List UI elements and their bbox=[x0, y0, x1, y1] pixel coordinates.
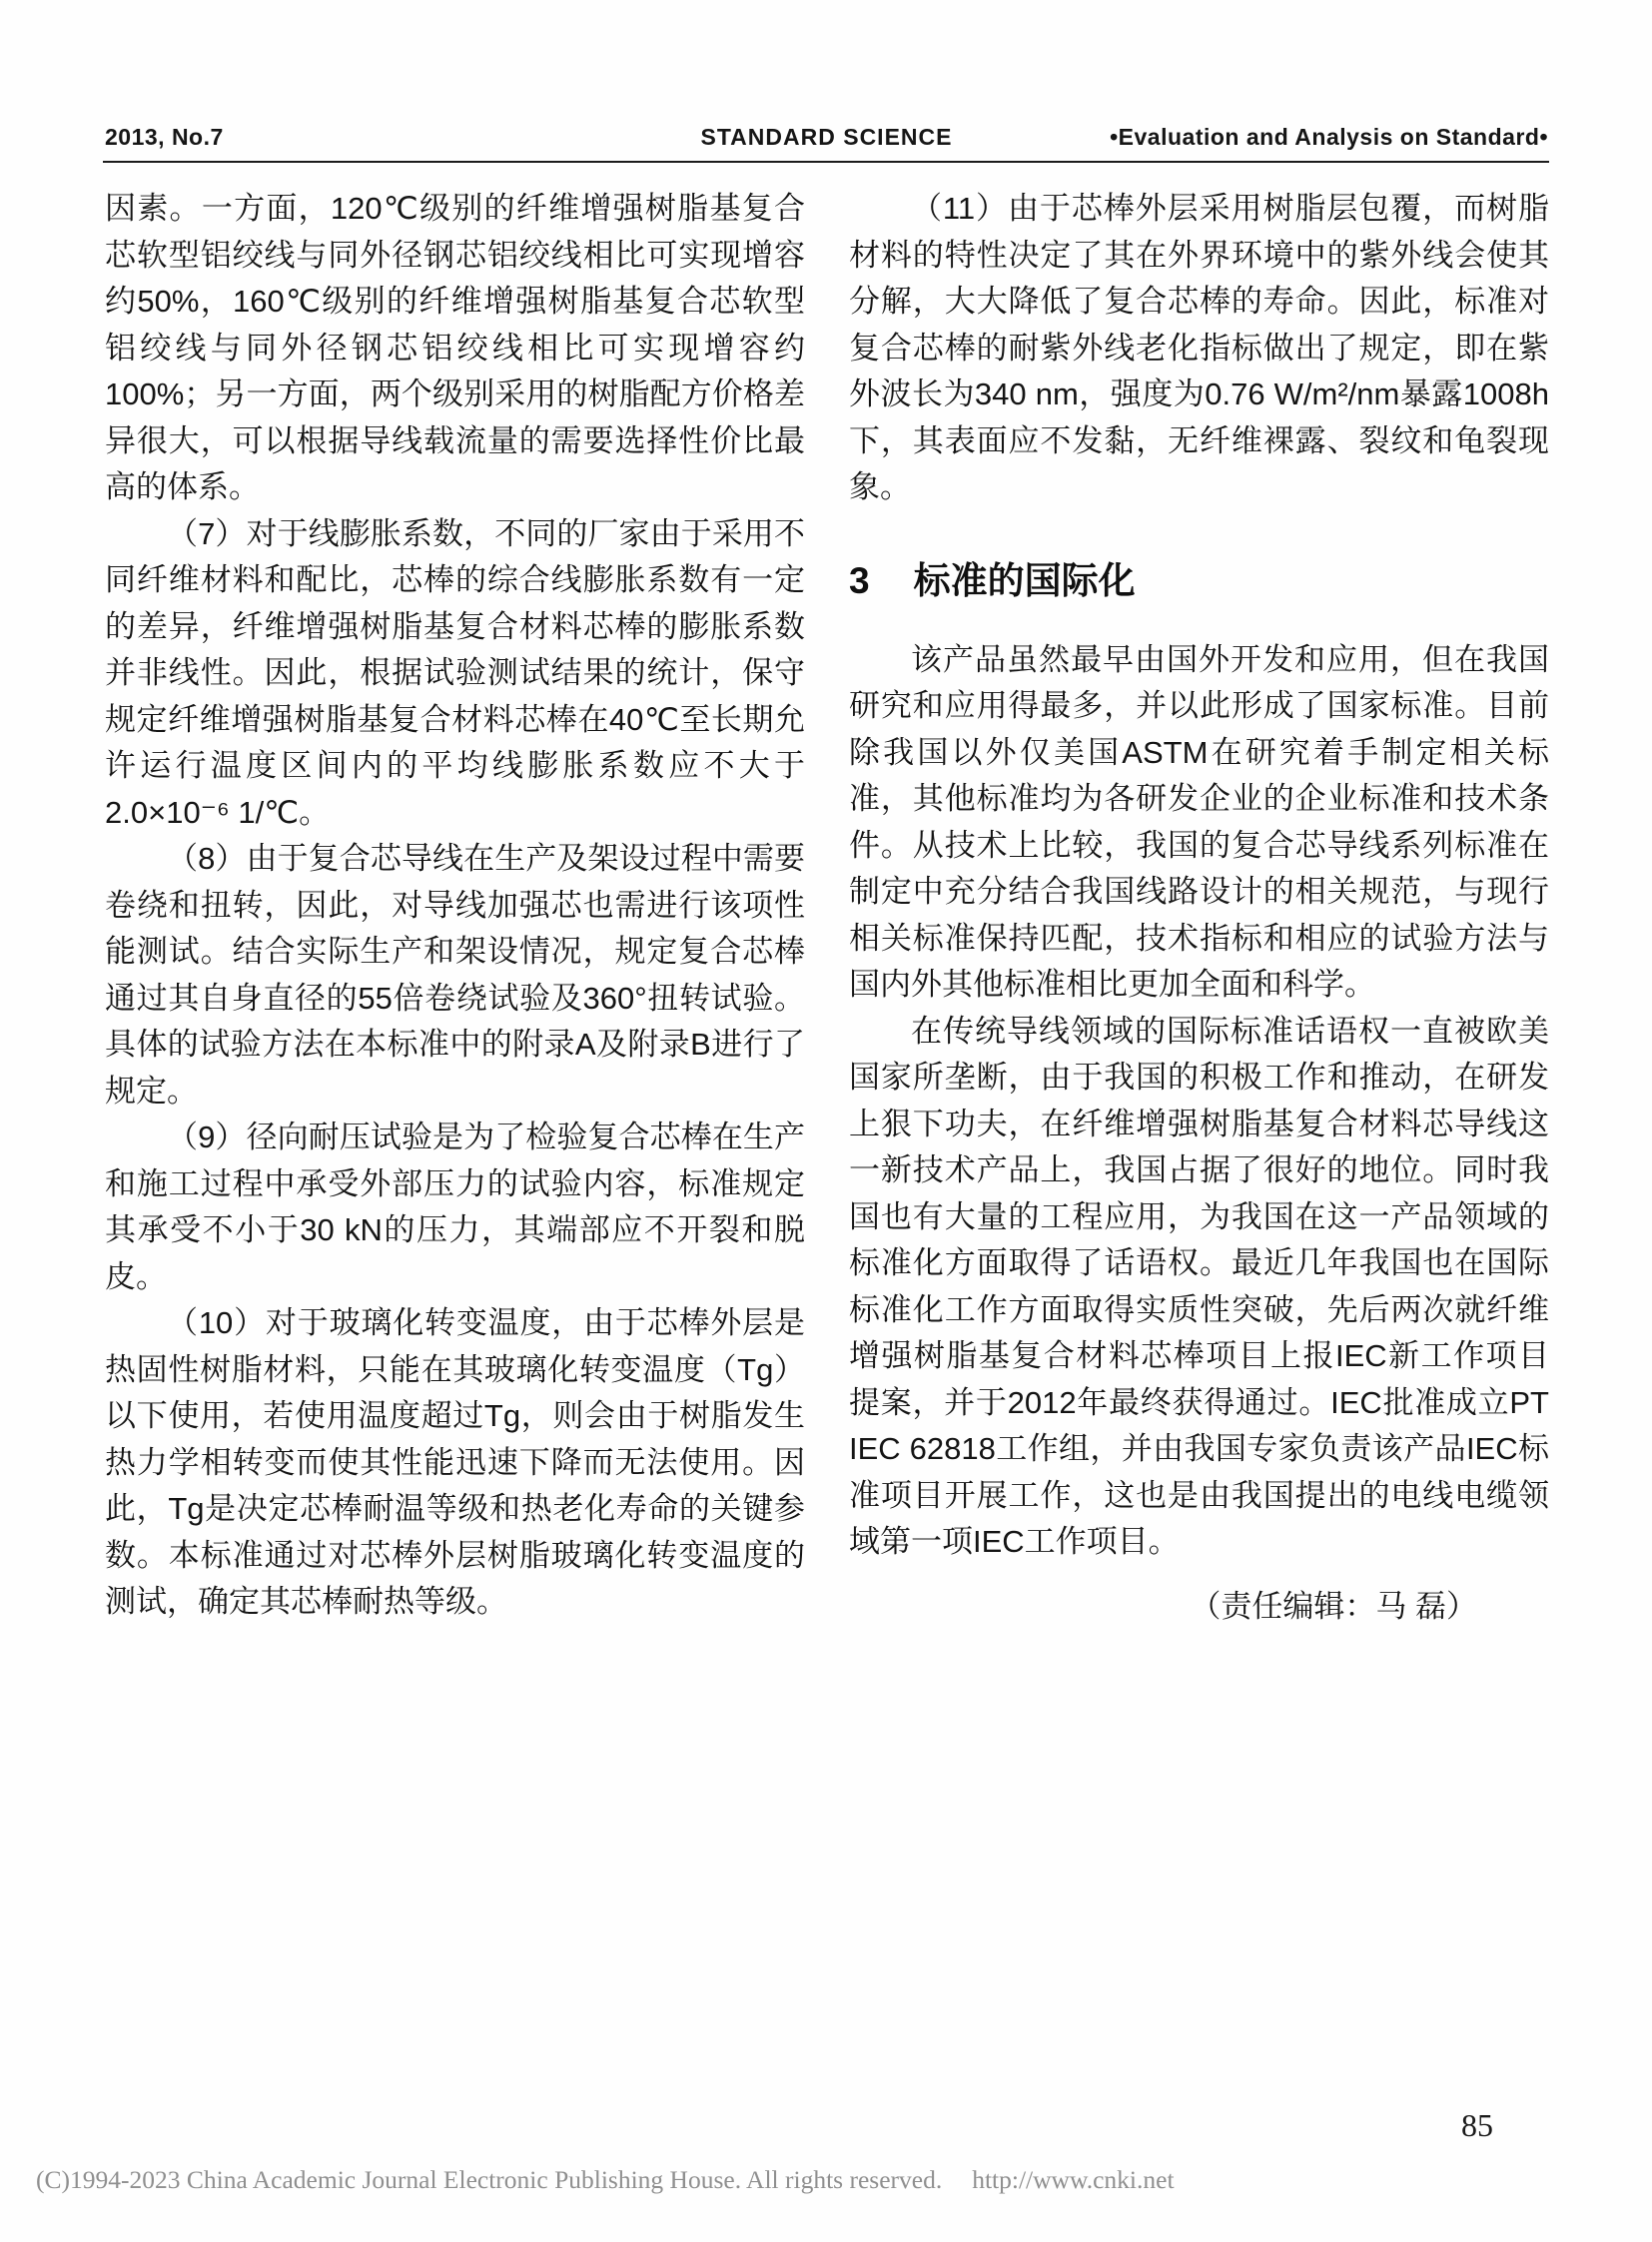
page-header: 2013, No.7 STANDARD SCIENCE •Evaluation … bbox=[105, 124, 1548, 160]
article-body: 因素。一方面，120℃级别的纤维增强树脂基复合芯软型铝绞线与同外径钢芯铝绞线相比… bbox=[105, 186, 1549, 1630]
body-paragraph: （9）径向耐压试验是为了检验复合芯棒在生产和施工过程中承受外部压力的试验内容，标… bbox=[105, 1115, 805, 1300]
copyright-notice: (C)1994-2023 China Academic Journal Elec… bbox=[36, 2165, 1175, 2195]
body-paragraph: （10）对于玻璃化转变温度，由于芯棒外层是热固性树脂材料，只能在其玻璃化转变温度… bbox=[105, 1300, 805, 1626]
copyright-text: (C)1994-2023 China Academic Journal Elec… bbox=[36, 2165, 942, 2194]
body-paragraph: 该产品虽然最早由国外开发和应用，但在我国研究和应用得最多，并以此形成了国家标准。… bbox=[849, 637, 1549, 1009]
column-section-label: •Evaluation and Analysis on Standard• bbox=[1110, 124, 1548, 151]
body-paragraph: 在传统导线领域的国际标准话语权一直被欧美国家所垄断，由于我国的积极工作和推动，在… bbox=[849, 1009, 1549, 1566]
section-number: 3 bbox=[849, 555, 870, 607]
copyright-url: http://www.cnki.net bbox=[972, 2165, 1174, 2194]
journal-page: 2013, No.7 STANDARD SCIENCE •Evaluation … bbox=[0, 0, 1652, 2242]
page-number: 85 bbox=[1461, 2107, 1493, 2144]
section-title: 标准的国际化 bbox=[914, 555, 1136, 607]
body-paragraph: （8）由于复合芯导线在生产及架设过程中需要卷绕和扭转，因此，对导线加强芯也需进行… bbox=[105, 836, 805, 1115]
left-column: 因素。一方面，120℃级别的纤维增强树脂基复合芯软型铝绞线与同外径钢芯铝绞线相比… bbox=[105, 186, 805, 1630]
editor-note: （责任编辑：马 磊） bbox=[849, 1584, 1549, 1631]
body-paragraph: （7）对于线膨胀系数，不同的厂家由于采用不同纤维材料和配比，芯棒的综合线膨胀系数… bbox=[105, 511, 805, 837]
body-paragraph: 因素。一方面，120℃级别的纤维增强树脂基复合芯软型铝绞线与同外径钢芯铝绞线相比… bbox=[105, 186, 805, 511]
body-paragraph: （11）由于芯棒外层采用树脂层包覆，而树脂材料的特性决定了其在外界环境中的紫外线… bbox=[849, 186, 1549, 511]
section-heading: 3 标准的国际化 bbox=[849, 555, 1549, 607]
right-column: （11）由于芯棒外层采用树脂层包覆，而树脂材料的特性决定了其在外界环境中的紫外线… bbox=[849, 186, 1549, 1630]
header-rule bbox=[103, 161, 1549, 163]
